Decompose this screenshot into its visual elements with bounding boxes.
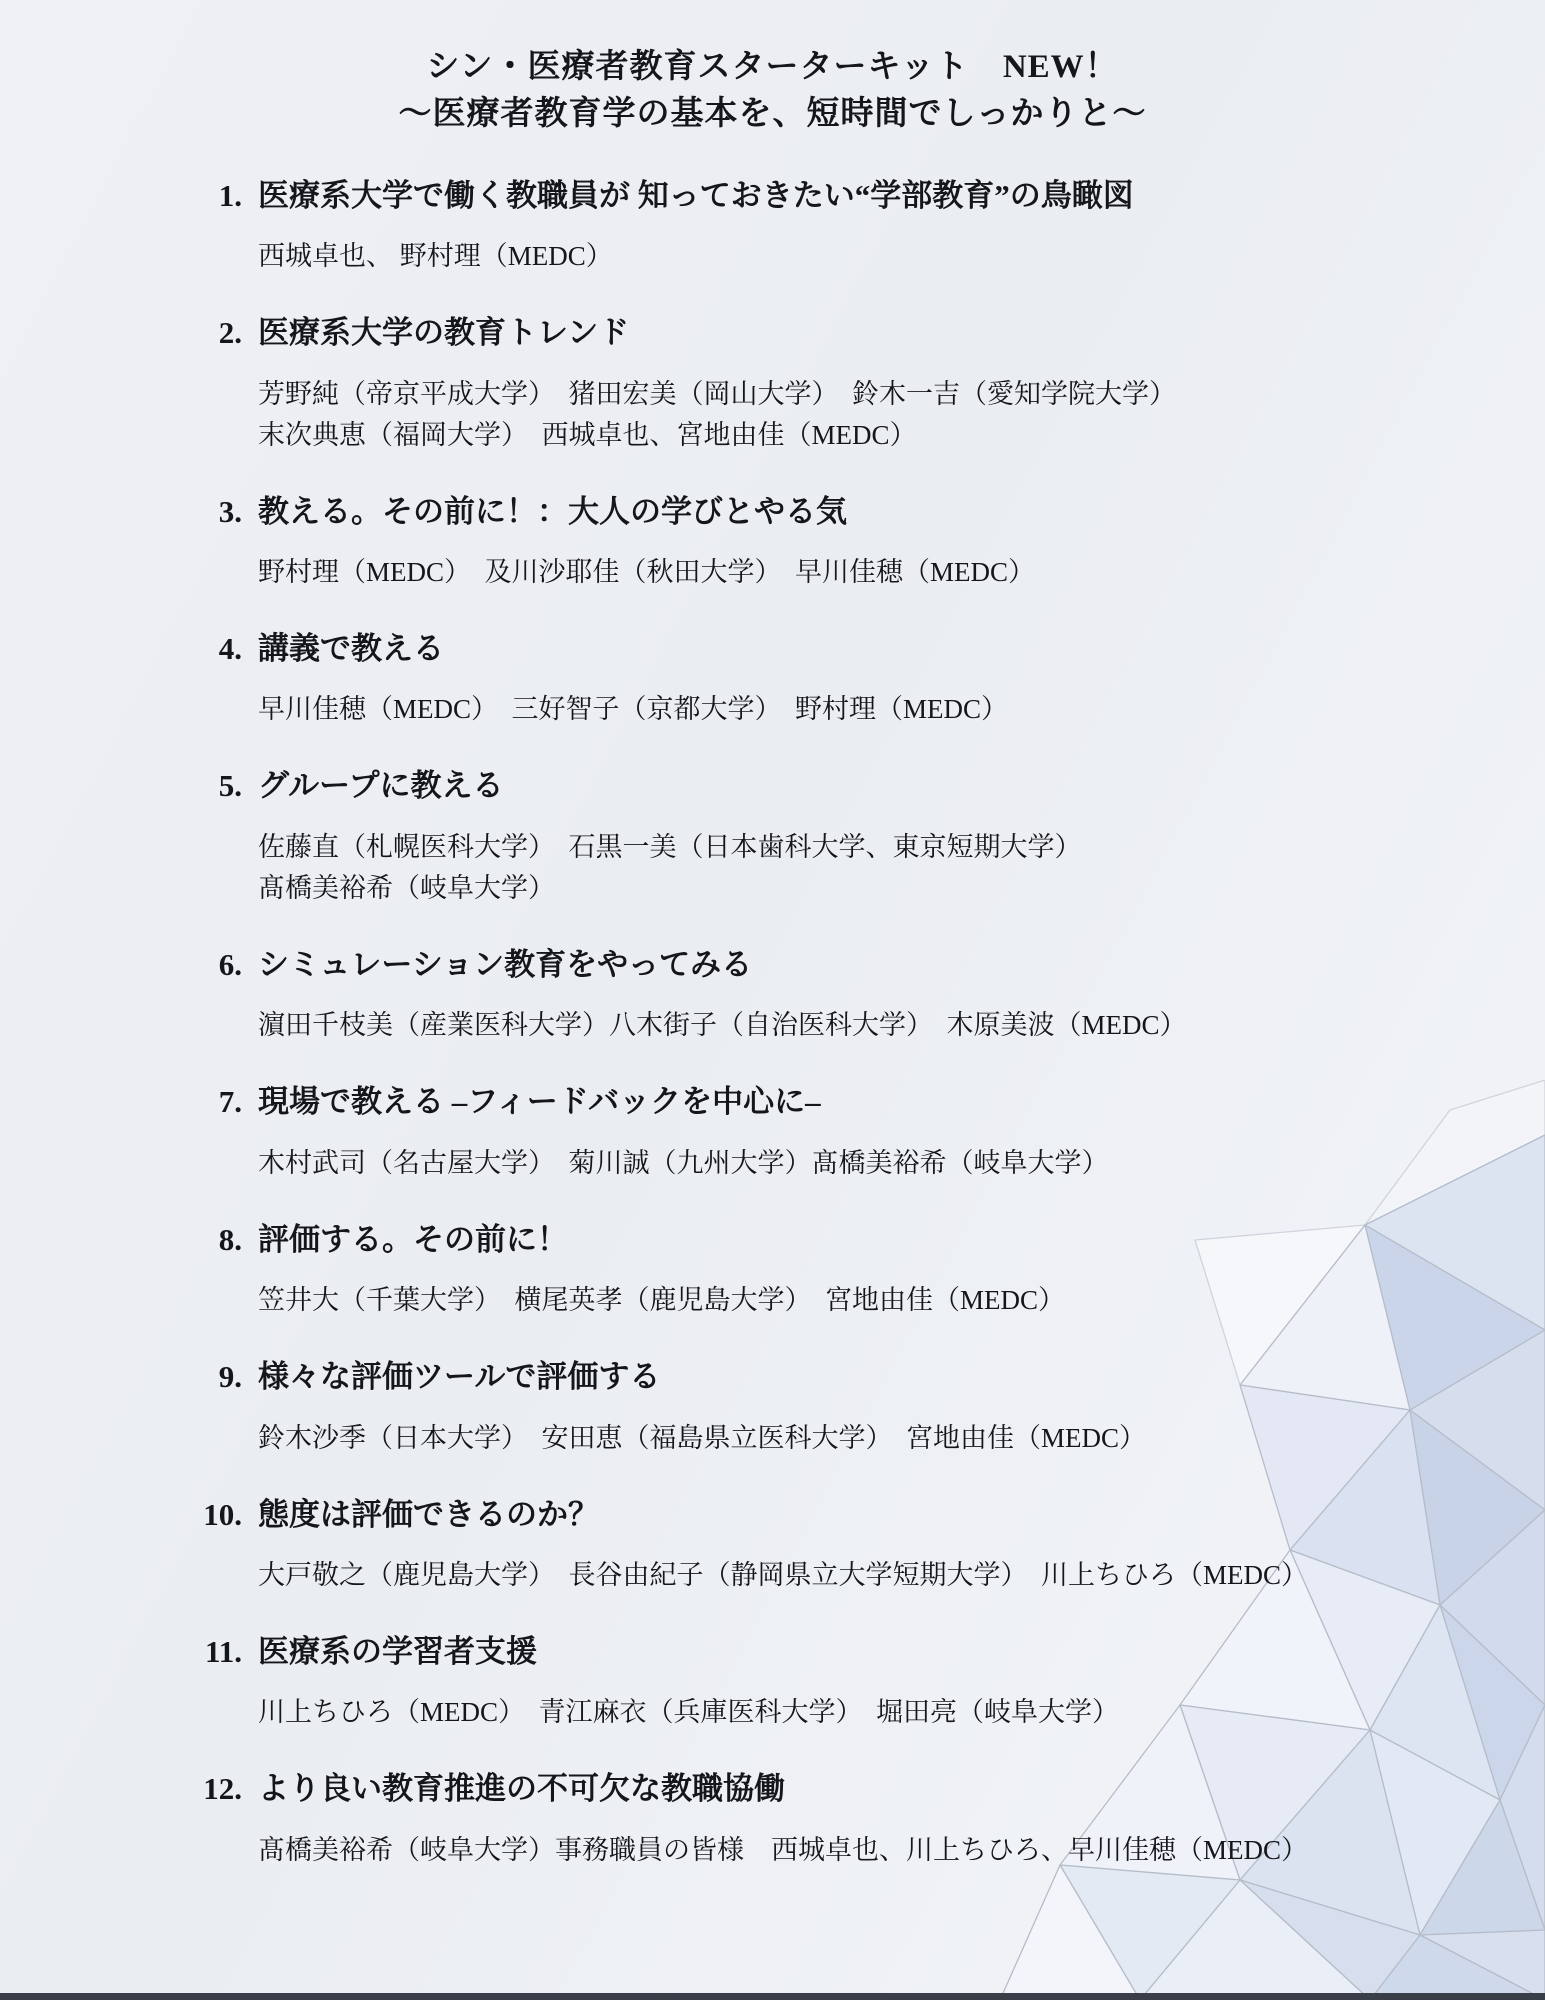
session-title: 医療系の学習者支援 <box>258 1630 537 1673</box>
session-head: 8. 評価する。その前に！ <box>196 1218 1405 1261</box>
session-head: 9. 様々な評価ツールで評価する <box>196 1355 1405 1398</box>
presenter-line: 西城卓也、 野村理（MEDC） <box>258 236 1405 277</box>
session-title: より良い教育推進の不可欠な教職協働 <box>258 1767 785 1810</box>
session-head: 11. 医療系の学習者支援 <box>196 1630 1405 1673</box>
session-presenters: 髙橋美裕希（岐阜大学）事務職員の皆様 西城卓也、川上ちひろ、早川佳穂（MEDC） <box>258 1830 1405 1871</box>
session-presenters: 笠井大（千葉大学） 横尾英孝（鹿児島大学） 宮地由佳（MEDC） <box>258 1280 1405 1321</box>
session-item-2: 2. 医療系大学の教育トレンド 芳野純（帝京平成大学） 猪田宏美（岡山大学） 鈴… <box>196 311 1405 455</box>
session-number: 12. <box>196 1767 242 1810</box>
session-item-8: 8. 評価する。その前に！ 笠井大（千葉大学） 横尾英孝（鹿児島大学） 宮地由佳… <box>196 1218 1405 1321</box>
session-title: 教える。その前に！：大人の学びとやる気 <box>258 490 847 533</box>
page-title-line2: 〜医療者教育学の基本を、短時間でしっかりと〜 <box>0 91 1545 138</box>
session-presenters: 早川佳穂（MEDC） 三好智子（京都大学） 野村理（MEDC） <box>258 689 1405 730</box>
session-head: 2. 医療系大学の教育トレンド <box>196 311 1405 354</box>
session-title: 医療系大学の教育トレンド <box>258 311 629 354</box>
session-number: 3. <box>196 490 242 533</box>
session-head: 6. シミュレーション教育をやってみる <box>196 943 1405 986</box>
session-item-3: 3. 教える。その前に！：大人の学びとやる気 野村理（MEDC） 及川沙耶佳（秋… <box>196 490 1405 593</box>
page-title: シン・医療者教育スターターキット NEW！ 〜医療者教育学の基本を、短時間でしっ… <box>0 0 1545 138</box>
session-title: 講義で教える <box>258 627 444 670</box>
presenter-line: 川上ちひろ（MEDC） 青江麻衣（兵庫医科大学） 堀田亮（岐阜大学） <box>258 1692 1405 1733</box>
page-title-line1: シン・医療者教育スターターキット NEW！ <box>0 44 1545 91</box>
presenter-line: 末次典恵（福岡大学） 西城卓也、宮地由佳（MEDC） <box>258 415 1405 456</box>
session-number: 6. <box>196 943 242 986</box>
presenter-line: 佐藤直（札幌医科大学） 石黒一美（日本歯科大学、東京短期大学） <box>258 827 1405 868</box>
session-presenters: 野村理（MEDC） 及川沙耶佳（秋田大学） 早川佳穂（MEDC） <box>258 552 1405 593</box>
session-presenters: 芳野純（帝京平成大学） 猪田宏美（岡山大学） 鈴木一吉（愛知学院大学） 末次典恵… <box>258 374 1405 456</box>
presenter-line: 鈴木沙季（日本大学） 安田恵（福島県立医科大学） 宮地由佳（MEDC） <box>258 1418 1405 1459</box>
session-title: グループに教える <box>258 764 504 807</box>
presenter-line: 大戸敬之（鹿児島大学） 長谷由紀子（静岡県立大学短期大学） 川上ちひろ（MEDC… <box>258 1555 1405 1596</box>
session-head: 7. 現場で教える –フィードバックを中心に– <box>196 1080 1405 1123</box>
session-number: 10. <box>196 1493 242 1536</box>
session-head: 1. 医療系大学で働く教職員が 知っておきたい“学部教育”の鳥瞰図 <box>196 174 1405 217</box>
presenter-line: 野村理（MEDC） 及川沙耶佳（秋田大学） 早川佳穂（MEDC） <box>258 552 1405 593</box>
session-head: 3. 教える。その前に！：大人の学びとやる気 <box>196 490 1405 533</box>
session-item-9: 9. 様々な評価ツールで評価する 鈴木沙季（日本大学） 安田恵（福島県立医科大学… <box>196 1355 1405 1458</box>
session-title: 様々な評価ツールで評価する <box>258 1355 660 1398</box>
presenter-line: 濵田千枝美（産業医科大学）八木街子（自治医科大学） 木原美波（MEDC） <box>258 1005 1405 1046</box>
session-title: 態度は評価できるのか？ <box>258 1493 599 1536</box>
session-number: 4. <box>196 627 242 670</box>
presenter-line: 木村武司（名古屋大学） 菊川誠（九州大学）髙橋美裕希（岐阜大学） <box>258 1143 1405 1184</box>
presenter-line: 笠井大（千葉大学） 横尾英孝（鹿児島大学） 宮地由佳（MEDC） <box>258 1280 1405 1321</box>
session-presenters: 西城卓也、 野村理（MEDC） <box>258 236 1405 277</box>
presenter-line: 髙橋美裕希（岐阜大学）事務職員の皆様 西城卓也、川上ちひろ、早川佳穂（MEDC） <box>258 1830 1405 1871</box>
session-number: 2. <box>196 311 242 354</box>
presenter-line: 髙橋美裕希（岐阜大学） <box>258 868 1405 909</box>
session-item-6: 6. シミュレーション教育をやってみる 濵田千枝美（産業医科大学）八木街子（自治… <box>196 943 1405 1046</box>
presenter-line: 芳野純（帝京平成大学） 猪田宏美（岡山大学） 鈴木一吉（愛知学院大学） <box>258 374 1405 415</box>
session-title: 現場で教える –フィードバックを中心に– <box>258 1080 821 1123</box>
session-item-12: 12. より良い教育推進の不可欠な教職協働 髙橋美裕希（岐阜大学）事務職員の皆様… <box>196 1767 1405 1870</box>
session-title: シミュレーション教育をやってみる <box>258 943 752 986</box>
session-presenters: 濵田千枝美（産業医科大学）八木街子（自治医科大学） 木原美波（MEDC） <box>258 1005 1405 1046</box>
session-head: 12. より良い教育推進の不可欠な教職協働 <box>196 1767 1405 1810</box>
session-number: 7. <box>196 1080 242 1123</box>
session-title: 医療系大学で働く教職員が 知っておきたい“学部教育”の鳥瞰図 <box>258 174 1134 217</box>
session-head: 10. 態度は評価できるのか？ <box>196 1493 1405 1536</box>
session-item-1: 1. 医療系大学で働く教職員が 知っておきたい“学部教育”の鳥瞰図 西城卓也、 … <box>196 174 1405 277</box>
session-presenters: 川上ちひろ（MEDC） 青江麻衣（兵庫医科大学） 堀田亮（岐阜大学） <box>258 1692 1405 1733</box>
session-head: 5. グループに教える <box>196 764 1405 807</box>
session-item-11: 11. 医療系の学習者支援 川上ちひろ（MEDC） 青江麻衣（兵庫医科大学） 堀… <box>196 1630 1405 1733</box>
session-number: 8. <box>196 1218 242 1261</box>
session-item-4: 4. 講義で教える 早川佳穂（MEDC） 三好智子（京都大学） 野村理（MEDC… <box>196 627 1405 730</box>
session-presenters: 木村武司（名古屋大学） 菊川誠（九州大学）髙橋美裕希（岐阜大学） <box>258 1143 1405 1184</box>
session-number: 5. <box>196 764 242 807</box>
session-item-7: 7. 現場で教える –フィードバックを中心に– 木村武司（名古屋大学） 菊川誠（… <box>196 1080 1405 1183</box>
session-presenters: 佐藤直（札幌医科大学） 石黒一美（日本歯科大学、東京短期大学） 髙橋美裕希（岐阜… <box>258 827 1405 909</box>
session-number: 11. <box>196 1630 242 1673</box>
session-title: 評価する。その前に！ <box>258 1218 568 1261</box>
session-head: 4. 講義で教える <box>196 627 1405 670</box>
session-item-5: 5. グループに教える 佐藤直（札幌医科大学） 石黒一美（日本歯科大学、東京短期… <box>196 764 1405 908</box>
bottom-border-bar <box>0 1993 1545 2000</box>
session-list: 1. 医療系大学で働く教職員が 知っておきたい“学部教育”の鳥瞰図 西城卓也、 … <box>196 174 1405 1871</box>
session-number: 9. <box>196 1355 242 1398</box>
session-presenters: 大戸敬之（鹿児島大学） 長谷由紀子（静岡県立大学短期大学） 川上ちひろ（MEDC… <box>258 1555 1405 1596</box>
document-page: シン・医療者教育スターターキット NEW！ 〜医療者教育学の基本を、短時間でしっ… <box>0 0 1545 2000</box>
session-number: 1. <box>196 174 242 217</box>
session-item-10: 10. 態度は評価できるのか？ 大戸敬之（鹿児島大学） 長谷由紀子（静岡県立大学… <box>196 1493 1405 1596</box>
presenter-line: 早川佳穂（MEDC） 三好智子（京都大学） 野村理（MEDC） <box>258 689 1405 730</box>
session-presenters: 鈴木沙季（日本大学） 安田恵（福島県立医科大学） 宮地由佳（MEDC） <box>258 1418 1405 1459</box>
